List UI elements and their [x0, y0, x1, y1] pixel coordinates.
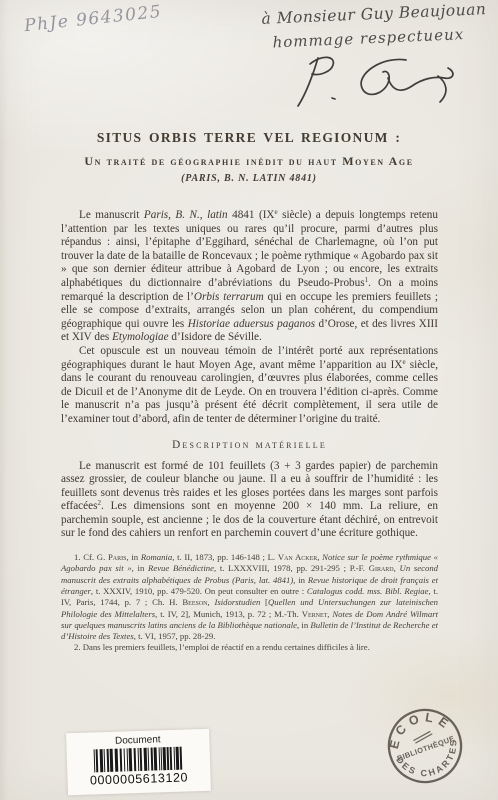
footnote: 1. Cf. G. Paris, in Romania, t. II, 1873…: [61, 552, 438, 642]
article-body: Le manuscrit Paris, B. N., latin 4841 (I…: [61, 209, 438, 654]
article-subtitle: Un traité de géographie inédit du haut M…: [0, 154, 498, 169]
paragraph: Le manuscrit Paris, B. N., latin 4841 (I…: [61, 209, 438, 345]
paragraph: Le manuscrit est formé de 101 feuillets …: [61, 460, 438, 542]
handwritten-call-number: PhJe 9643025: [23, 2, 163, 36]
handwritten-dedication: à Monsieur Guy Beaujouan hommage respect…: [261, 0, 488, 52]
dedication-line: hommage respectueux: [272, 24, 488, 51]
library-stamp: ECOLE BIBLIOTHÈQUE DES CHARTES: [384, 704, 466, 788]
article-title-latin: SITUS ORBIS TERRE VEL REGIONUM :: [0, 130, 498, 146]
title-block: SITUS ORBIS TERRE VEL REGIONUM : Un trai…: [0, 130, 498, 184]
manuscript-reference: (PARIS, B. N. LATIN 4841): [0, 173, 498, 184]
footnote: 2. Dans les premiers feuillets, l’emploi…: [61, 642, 438, 653]
section-heading: Description matérielle: [61, 439, 438, 451]
barcode-bars: [77, 746, 201, 773]
library-stamp-icon: ECOLE BIBLIOTHÈQUE DES CHARTES: [384, 704, 466, 788]
barcode-sticker: Document 0000005613120: [66, 729, 211, 795]
dedication-line: à Monsieur Guy Beaujouan: [261, 0, 487, 28]
signature: P. Gautier: [288, 50, 466, 119]
scanned-document-page: PhJe 9643025 à Monsieur Guy Beaujouan ho…: [0, 0, 498, 800]
paragraph: Cet opuscule est un nouveau témoin de l’…: [61, 345, 438, 427]
footnotes: 1. Cf. G. Paris, in Romania, t. II, 1873…: [61, 552, 438, 654]
signature-flourish-icon: [288, 50, 466, 114]
